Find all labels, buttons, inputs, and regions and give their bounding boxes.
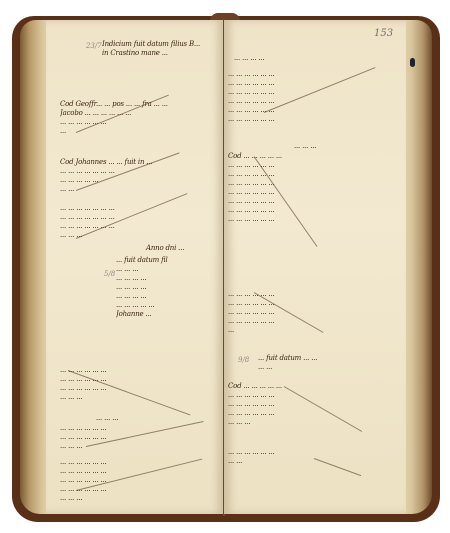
entry-heading: ... fuit datum ... ... ... ...: [258, 354, 378, 372]
open-manuscript: 23/7 Indicium fuit datum filius B... in …: [14, 16, 438, 518]
folio-number: 153: [374, 28, 393, 39]
entry-heading: ... ... ...: [294, 142, 316, 151]
entry: ... ... ... ... ... ... ... ... ... ... …: [228, 70, 398, 124]
entry-heading: ... ... ...: [96, 414, 118, 423]
right-page: 153 ... ... ... ... ... ... ... ... ... …: [224, 20, 406, 514]
entry: Cod ... ... ... ... ... ... ... ... ... …: [228, 382, 398, 427]
entry: ... ... ... ... ... ... ... ... ... ... …: [60, 424, 220, 451]
name-list: ... fuit datum fil ... ... ... ... ... .…: [116, 256, 226, 319]
entry: ... ... ... ... ... ... ... ...: [228, 448, 398, 466]
pencil-note: 9/8: [238, 356, 249, 364]
pencil-note: 5/8: [104, 270, 115, 278]
left-page: 23/7 Indicium fuit datum filius B... in …: [46, 20, 224, 514]
right-heading: ... ... ... ...: [234, 54, 264, 63]
left-heading: Indicium fuit datum filius B... in Crast…: [102, 40, 212, 58]
anno-heading: Anno dni ...: [146, 244, 184, 253]
entry: ... ... ... ... ... ... ... ... ... ... …: [228, 290, 398, 335]
entry: ... ... ... ... ... ... ... ... ... ... …: [60, 458, 220, 503]
entry: Cod ... ... ... ... ... ... ... ... ... …: [228, 152, 398, 224]
ink-blot: [410, 58, 415, 67]
pencil-note: 23/7: [86, 42, 102, 50]
entry: Cod Johannes ... ... fuit in ... ... ...…: [60, 158, 220, 194]
